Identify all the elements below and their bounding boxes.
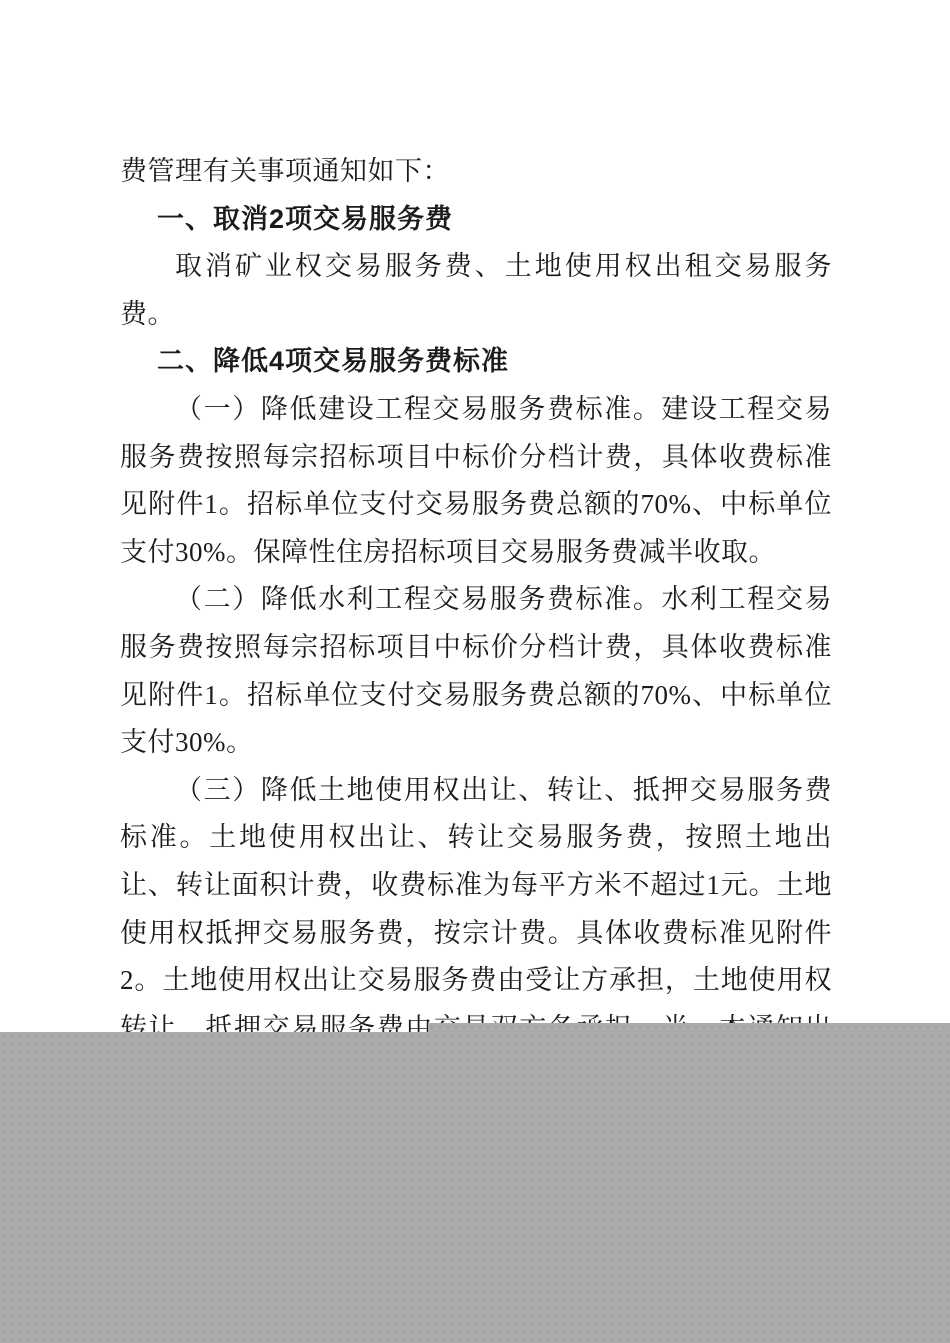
paragraph-item-1-construction: （一）降低建设工程交易服务费标准。建设工程交易服务费按照每宗招标项目中标价分档计…: [120, 386, 832, 576]
paragraph-item-2-water: （二）降低水利工程交易服务费标准。水利工程交易服务费按照每宗招标项目中标价分档计…: [120, 576, 832, 766]
section-heading-2: 二、降低4项交易服务费标准: [120, 338, 832, 386]
gray-cutoff-block: [0, 1032, 950, 1343]
section-heading-1: 一、取消2项交易服务费: [120, 196, 832, 244]
document-page: 费管理有关事项通知如下： 一、取消2项交易服务费 取消矿业权交易服务费、土地使用…: [0, 0, 950, 1343]
paragraph-cancel-fees: 取消矿业权交易服务费、土地使用权出租交易服务费。: [120, 243, 832, 338]
paragraph-continuation: 费管理有关事项通知如下：: [120, 148, 832, 196]
